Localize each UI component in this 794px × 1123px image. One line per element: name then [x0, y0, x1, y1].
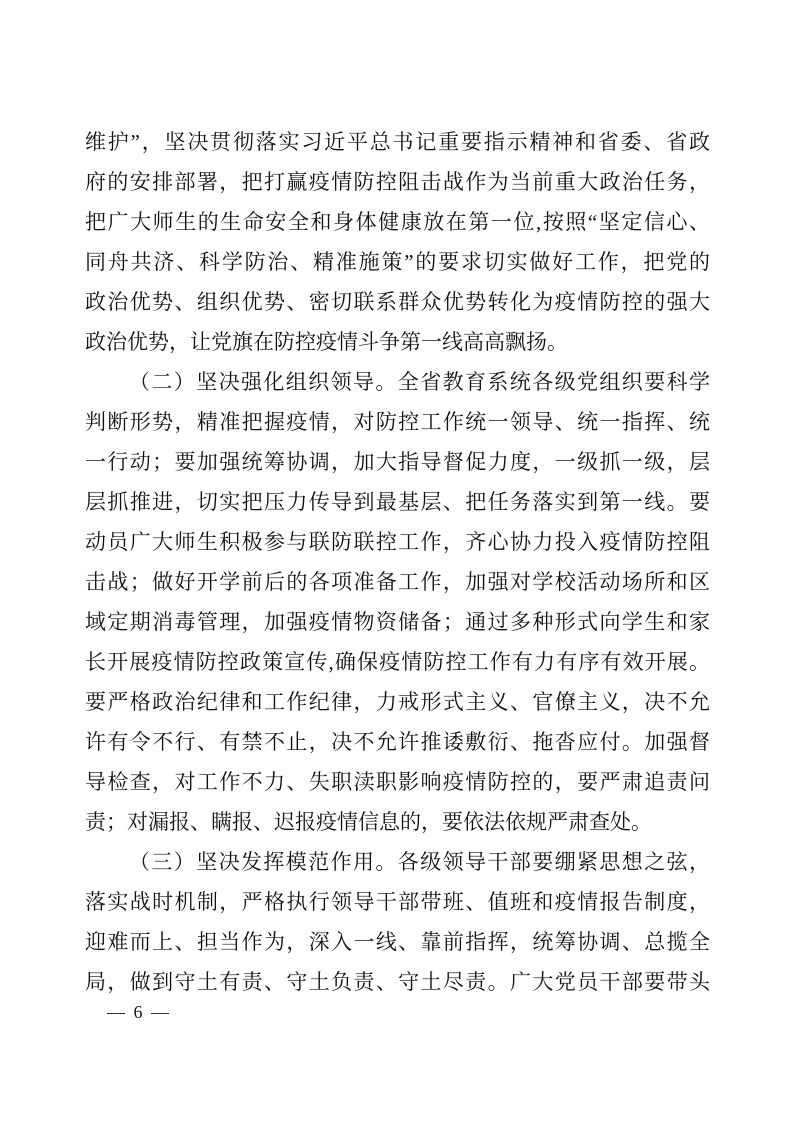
- text-line: 域定期消毒管理，加强疫情物资储备；通过多种形式向学生和家: [85, 602, 710, 642]
- document-body: 维护”，坚决贯彻落实习近平总书记重要指示精神和省委、省政府的安排部署，把打赢疫情…: [85, 122, 710, 1002]
- text-line: 长开展疫情防控政策宣传,确保疫情防控工作有力有序有效开展。: [85, 642, 710, 682]
- text-line: 击战；做好开学前后的各项准备工作，加强对学校活动场所和区: [85, 562, 710, 602]
- text-line: 同舟共济、科学防治、精准施策”的要求切实做好工作，把党的: [85, 242, 710, 282]
- text-line: 要严格政治纪律和工作纪律，力戒形式主义、官僚主义，决不允: [85, 682, 710, 722]
- text-line: 把广大师生的生命安全和身体健康放在第一位,按照“坚定信心、: [85, 202, 710, 242]
- page-footer: — 6 —: [107, 1000, 169, 1024]
- text-line: 迎难而上、担当作为，深入一线、靠前指挥，统筹协调、总揽全: [85, 922, 710, 962]
- text-line: （三）坚决发挥模范作用。各级领导干部要绷紧思想之弦，: [85, 842, 710, 882]
- text-line: 层抓推进，切实把压力传导到最基层、把任务落实到第一线。要: [85, 482, 710, 522]
- page-number: — 6 —: [107, 1002, 169, 1022]
- text-line: 责；对漏报、瞒报、迟报疫情信息的，要依法依规严肃查处。: [85, 802, 710, 842]
- document-page: 维护”，坚决贯彻落实习近平总书记重要指示精神和省委、省政府的安排部署，把打赢疫情…: [0, 0, 794, 1123]
- text-line: 政治优势、组织优势、密切联系群众优势转化为疫情防控的强大: [85, 282, 710, 322]
- text-line: 许有令不行、有禁不止，决不允许推诿敷衍、拖沓应付。加强督: [85, 722, 710, 762]
- text-line: 导检查，对工作不力、失职渎职影响疫情防控的，要严肃追责问: [85, 762, 710, 802]
- text-line: 一行动；要加强统筹协调，加大指导督促力度，一级抓一级，层: [85, 442, 710, 482]
- text-line: 局，做到守土有责、守土负责、守土尽责。广大党员干部要带头: [85, 962, 710, 1002]
- text-line: （二）坚决强化组织领导。全省教育系统各级党组织要科学: [85, 362, 710, 402]
- text-line: 落实战时机制，严格执行领导干部带班、值班和疫情报告制度，: [85, 882, 710, 922]
- text-line: 动员广大师生积极参与联防联控工作，齐心协力投入疫情防控阻: [85, 522, 710, 562]
- text-line: 维护”，坚决贯彻落实习近平总书记重要指示精神和省委、省政: [85, 122, 710, 162]
- text-line: 府的安排部署，把打赢疫情防控阻击战作为当前重大政治任务，: [85, 162, 710, 202]
- text-line: 政治优势，让党旗在防控疫情斗争第一线高高飘扬。: [85, 322, 710, 362]
- text-line: 判断形势，精准把握疫情，对防控工作统一领导、统一指挥、统: [85, 402, 710, 442]
